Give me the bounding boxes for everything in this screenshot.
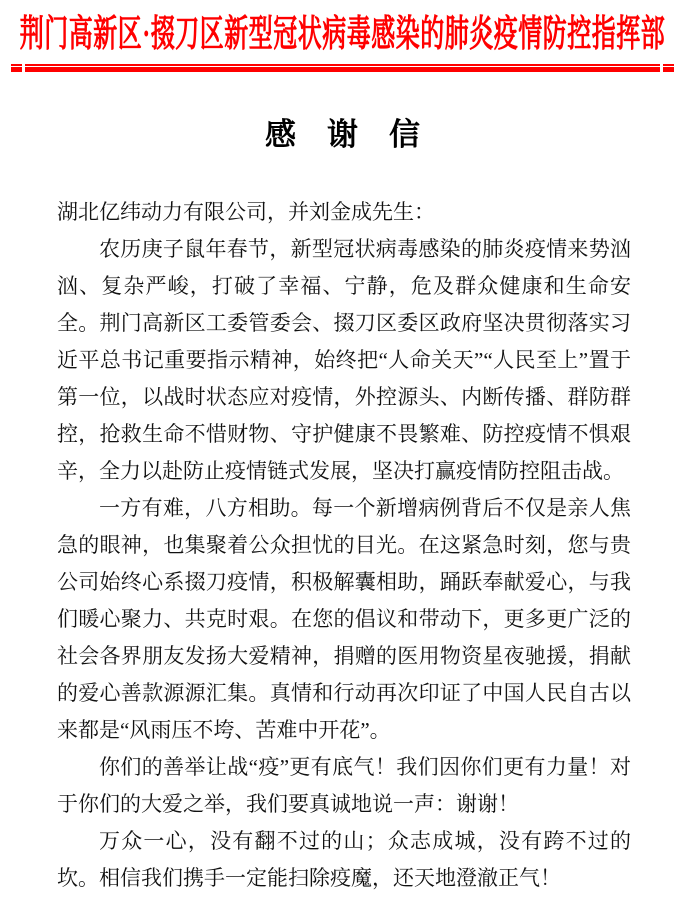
letterhead-masthead: 荆门高新区·掇刀区新型冠状病毒感染的肺炎疫情防控指挥部 <box>0 0 685 58</box>
paragraph-3: 你们的善举让战“疫”更有底气！我们因你们更有力量！对于你们的大爱之举，我们要真诚… <box>57 749 631 823</box>
letter-page: 荆门高新区·掇刀区新型冠状病毒感染的肺炎疫情防控指挥部 感 谢 信 湖北亿纬动力… <box>0 0 685 909</box>
paragraph-2: 一方有难，八方相助。每一个新增病例背后不仅是亲人焦急的眼神，也集聚着公众担忧的目… <box>57 490 631 749</box>
divider-right-cap <box>663 64 674 72</box>
salutation: 湖北亿纬动力有限公司，并刘金成先生： <box>57 194 631 231</box>
letter-body: 湖北亿纬动力有限公司，并刘金成先生： 农历庚子鼠年春节，新型冠状病毒感染的肺炎疫… <box>57 194 631 897</box>
paragraph-1: 农历庚子鼠年春节，新型冠状病毒感染的肺炎疫情来势汹汹、复杂严峻，打破了幸福、宁静… <box>57 231 631 490</box>
paragraph-4: 万众一心，没有翻不过的山；众志成城，没有跨不过的坎。相信我们携手一定能扫除疫魔，… <box>57 823 631 897</box>
divider-main-bar <box>25 64 660 72</box>
letterhead-title: 荆门高新区·掇刀区新型冠状病毒感染的肺炎疫情防控指挥部 <box>20 2 666 56</box>
letterhead-divider-rule <box>11 64 674 72</box>
divider-left-cap <box>11 64 22 72</box>
letter-title: 感 谢 信 <box>0 114 685 156</box>
